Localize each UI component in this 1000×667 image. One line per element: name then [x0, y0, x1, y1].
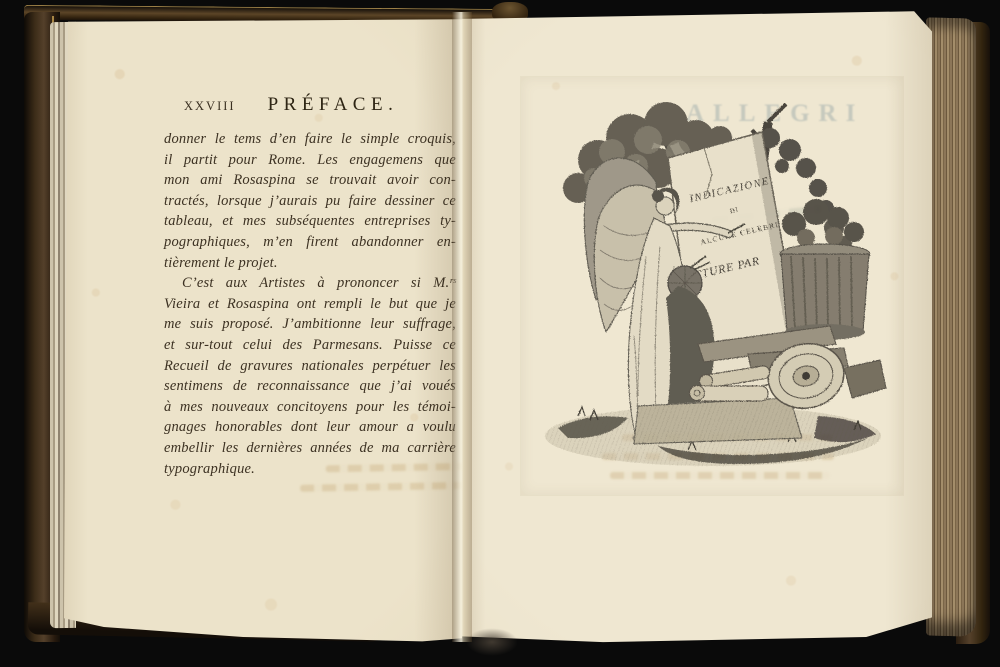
text-line: C’est aux Artistes à prononcer si M.ʳˢ [164, 273, 456, 294]
text-line: gnages honorables dont leur amour a voul… [164, 417, 456, 438]
allegorical-engraving-illustration: INDICAZIONE DI ALCUNE CELEBRI PITTURE PA… [538, 86, 888, 478]
text-line: me suis proposé. J’ambitionne leur suffr… [164, 314, 456, 335]
ruined-column [780, 199, 870, 340]
text-line: pographiques, m’en firent abandonner en- [164, 232, 456, 253]
text-line: tractés, lorsque j’aurais pu faire dessi… [164, 191, 456, 212]
text-line: et sur-tout celui des Parmesans. Puisse … [164, 335, 456, 356]
text-line: typographique. [164, 459, 456, 480]
text-line: tièrement le projet. [164, 253, 456, 274]
text-line: Recueil de gravures nationales perpétuer… [164, 356, 456, 377]
preface-text-block: XXVIII PRÉFACE. donner le tems d’en fair… [164, 94, 456, 479]
text-line: donner le tems d’en faire le simple croq… [164, 129, 456, 150]
text-line: tableau, et mes subséquentes entreprises… [164, 211, 456, 232]
stone-base [634, 398, 802, 444]
text-line: sentimens de reconnaissance que j’ai vou… [164, 376, 456, 397]
page-header: XXVIII PRÉFACE. [164, 94, 456, 116]
photograph-of-open-book: XXVIII PRÉFACE. donner le tems d’en fair… [0, 0, 1000, 667]
left-page: XXVIII PRÉFACE. donner le tems d’en fair… [64, 18, 462, 642]
body-text: donner le tems d’en faire le simple croq… [164, 129, 456, 479]
text-line: Vieira et Rosaspina ont rempli le but qu… [164, 294, 456, 315]
text-line: embellir les dernières années de ma carr… [164, 438, 456, 459]
page-block-fore-edge [926, 17, 976, 636]
right-page: ALLEGRI [462, 10, 932, 644]
text-line: mon ami Rosaspina se trouvait avoir con- [164, 170, 456, 191]
text-line: à mes nouveaux concitoyens pour les témo… [164, 397, 456, 418]
gutter-wear-smudge [466, 628, 518, 656]
text-line: il partit pour Rome. Les engagemens que [164, 150, 456, 171]
page-number: XXVIII [184, 99, 236, 114]
page-title: PRÉFACE. [268, 94, 399, 116]
